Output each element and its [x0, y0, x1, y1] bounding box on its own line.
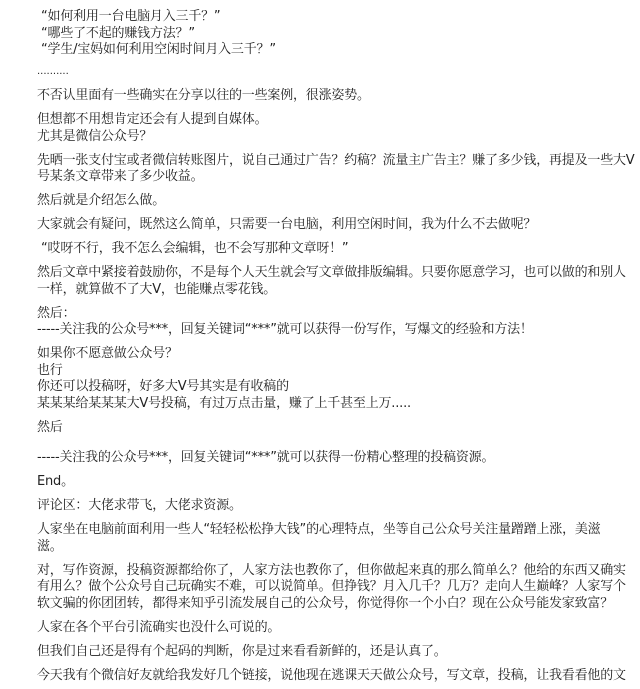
paragraph-12-end: End。 [37, 474, 627, 491]
paragraph-8-line-2: -----关注我的公众号***，回复关键词“***”就可以获得一份写作，写爆文的… [37, 322, 627, 339]
paragraph-5: 大家就会有疑问，既然这么简单，只需要一台电脑，利用空闲时间，我为什么不去做呢？ [37, 217, 627, 234]
paragraph-2: 但想都不用想肯定还会有人提到自媒体。 尤其是微信公众号？ [37, 112, 627, 145]
paragraph-8-line-1: 然后： [37, 306, 627, 323]
paragraph-1: 不否认里面有一些确实在分享以往的一些案例，很涨姿势。 [37, 88, 627, 105]
paragraph-10-text: 然后 [37, 420, 627, 437]
paragraph-7-line-1: 然后文章中紧接着鼓励你，不是每个人天生就会写文章做排版编辑。只要你愿意学习，也可… [37, 265, 627, 282]
paragraph-16-text: 人家在各个平台引流确实也没什么可说的。 [37, 620, 627, 637]
paragraph-2-line-1: 但想都不用想肯定还会有人提到自媒体。 [37, 112, 627, 129]
question-1: “如何利用一台电脑月入三千？” [41, 9, 627, 26]
paragraph-6-quote: “哎呀不行，我不怎么会编辑，也不会写那种文章呀！” [37, 241, 627, 258]
paragraph-15-line-3: 软文骗的你团团转，都得来知乎引流发展自己的公众号，你觉得你一个小白？现在公众号能… [37, 596, 627, 613]
paragraph-9: 如果你不愿意做公众号？ 也行 你还可以投稿呀，好多大V号其实是有收稿的 某某某给… [37, 346, 627, 412]
paragraph-5-text: 大家就会有疑问，既然这么简单，只需要一台电脑，利用空闲时间，我为什么不去做呢？ [37, 217, 627, 234]
paragraph-11-text: -----关注我的公众号***，回复关键词“***”就可以获得一份精心整理的投稿… [37, 450, 627, 467]
question-2: “哪些了不起的赚钱方法？” [41, 26, 627, 43]
paragraph-7-line-2: 一样，就算做不了大V，也能赚点零花钱。 [37, 282, 627, 299]
paragraph-14: 人家坐在电脑前面利用一些人“轻轻松松挣大钱”的心理特点，坐等自己公众号关注量蹭蹭… [37, 522, 627, 555]
paragraph-14-line-1: 人家坐在电脑前面利用一些人“轻轻松松挣大钱”的心理特点，坐等自己公众号关注量蹭蹭… [37, 522, 627, 539]
paragraph-13-comments: 评论区：大佬求带飞，大佬求资源。 [37, 498, 627, 515]
article-body: “如何利用一台电脑月入三千？” “哪些了不起的赚钱方法？” “学生/宝妈如何利用… [37, 9, 627, 689]
paragraph-3-line-1: 先晒一张支付宝或者微信转账图片，说自己通过广告？约稿？流量主广告主？赚了多少钱，… [37, 153, 627, 170]
paragraph-17: 但我们自己还是得有个起码的判断，你是过来看看新鲜的，还是认真了。 [37, 644, 627, 661]
paragraph-11: -----关注我的公众号***，回复关键词“***”就可以获得一份精心整理的投稿… [37, 450, 627, 467]
paragraph-4: 然后就是介绍怎么做。 [37, 193, 627, 210]
paragraph-3-line-2: 号某条文章带来了多少收益。 [37, 169, 627, 186]
paragraph-6-text: “哎呀不行，我不怎么会编辑，也不会写那种文章呀！” [41, 241, 627, 258]
paragraph-1-text: 不否认里面有一些确实在分享以往的一些案例，很涨姿势。 [37, 88, 627, 105]
paragraph-7: 然后文章中紧接着鼓励你，不是每个人天生就会写文章做排版编辑。只要你愿意学习，也可… [37, 265, 627, 298]
paragraph-12-text: End。 [37, 474, 627, 491]
paragraph-3: 先晒一张支付宝或者微信转账图片，说自己通过广告？约稿？流量主广告主？赚了多少钱，… [37, 153, 627, 186]
paragraph-18-text: 今天我有个微信好友就给我发好几个链接，说他现在逃课天天做公众号，写文章，投稿，让… [37, 668, 627, 685]
question-list: “如何利用一台电脑月入三千？” “哪些了不起的赚钱方法？” “学生/宝妈如何利用… [37, 9, 627, 59]
paragraph-15: 对，写作资源，投稿资源都给你了，人家方法也教你了，但你做起来真的那么简单么？他给… [37, 563, 627, 613]
paragraph-8: 然后： -----关注我的公众号***，回复关键词“***”就可以获得一份写作，… [37, 306, 627, 339]
paragraph-9-line-3: 你还可以投稿呀，好多大V号其实是有收稿的 [37, 379, 627, 396]
question-3: “学生/宝妈如何利用空闲时间月入三千？” [41, 42, 627, 59]
ellipsis: .......... [37, 66, 627, 78]
paragraph-16: 人家在各个平台引流确实也没什么可说的。 [37, 620, 627, 637]
paragraph-10: 然后 [37, 420, 627, 437]
paragraph-2-line-2: 尤其是微信公众号？ [37, 129, 627, 146]
paragraph-17-text: 但我们自己还是得有个起码的判断，你是过来看看新鲜的，还是认真了。 [37, 644, 627, 661]
paragraph-9-line-1: 如果你不愿意做公众号？ [37, 346, 627, 363]
paragraph-4-text: 然后就是介绍怎么做。 [37, 193, 627, 210]
paragraph-9-line-2: 也行 [37, 363, 627, 380]
paragraph-15-line-2: 有用么？做个公众号自己玩确实不难，可以说简单。但挣钱？月入几千？几万？走向人生巅… [37, 579, 627, 596]
paragraph-14-line-2: 滋。 [37, 539, 627, 556]
paragraph-18: 今天我有个微信好友就给我发好几个链接，说他现在逃课天天做公众号，写文章，投稿，让… [37, 668, 627, 685]
paragraph-9-line-4: 某某某给某某某大V号投稿，有过万点击量，赚了上千甚至上万..... [37, 396, 627, 413]
paragraph-13-text: 评论区：大佬求带飞，大佬求资源。 [37, 498, 627, 515]
paragraph-15-line-1: 对，写作资源，投稿资源都给你了，人家方法也教你了，但你做起来真的那么简单么？他给… [37, 563, 627, 580]
